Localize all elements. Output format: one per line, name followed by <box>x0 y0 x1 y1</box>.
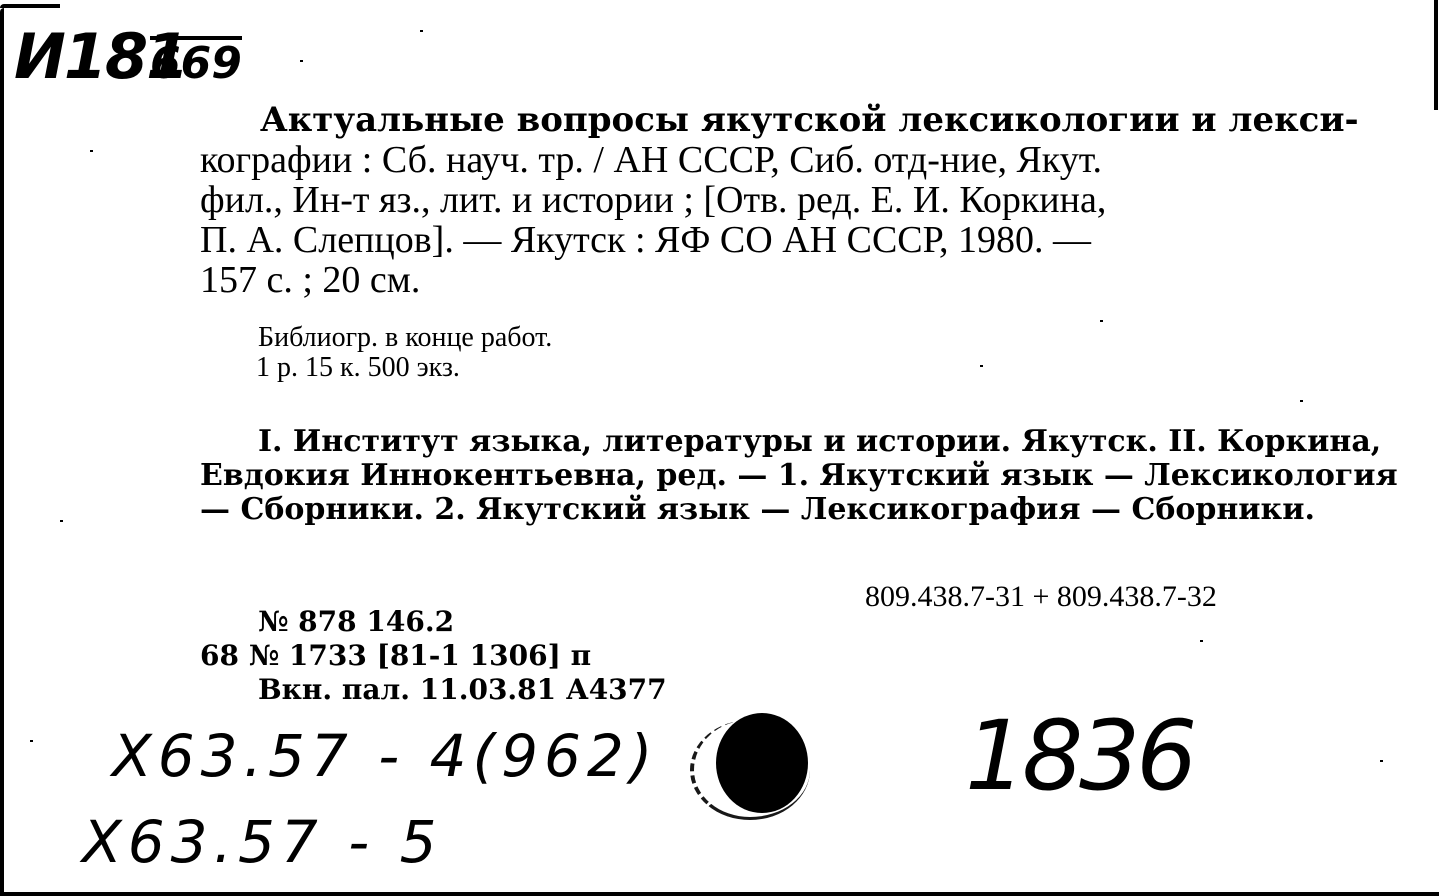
call-number-fraction: 669 <box>150 36 242 86</box>
title-line: кографии : Сб. науч. тр. / АН СССР, Сиб.… <box>200 140 1359 180</box>
card-border-bottom <box>0 892 1439 896</box>
record-line: 68 № 1733 [81-1 1306] п <box>200 639 667 673</box>
udc-classification: 809.438.7-31 + 809.438.7-32 <box>865 580 1217 614</box>
card-border-top <box>0 4 60 8</box>
scan-speck <box>1380 760 1383 762</box>
scan-speck <box>30 740 33 742</box>
title-line: фил., Ин-т яз., лит. и истории ; [Отв. р… <box>200 180 1359 220</box>
record-info: № 878 146.2 68 № 1733 [81-1 1306] п Вкн.… <box>200 605 667 707</box>
punch-hole <box>716 713 808 813</box>
scan-speck <box>1300 400 1303 402</box>
scan-speck <box>1200 640 1203 642</box>
card-border-right <box>1434 0 1438 110</box>
card-border-left <box>0 8 4 893</box>
scan-speck <box>980 365 983 367</box>
tracing-line: I. Институт языка, литературы и истории.… <box>258 425 1398 459</box>
handwritten-shelf-code: Х63.57 - 4(962) <box>112 722 658 790</box>
handwritten-inventory-number: 1836 <box>965 700 1193 812</box>
bibliography-note: Библиогр. в конце работ. <box>258 323 552 353</box>
title-line: П. А. Слепцов]. — Якутск : ЯФ СО АН СССР… <box>200 220 1359 260</box>
handwritten-shelf-code: Х63.57 - 5 <box>82 808 442 876</box>
title-line: 157 с. ; 20 см. <box>200 260 1359 300</box>
scan-speck <box>420 30 423 32</box>
title-line: Актуальные вопросы якутской лексикологии… <box>260 100 1359 140</box>
notes: Библиогр. в конце работ. 1 р. 15 к. 500 … <box>258 323 552 383</box>
scan-speck <box>90 150 93 152</box>
scan-speck <box>60 520 63 522</box>
tracing-line: — Сборники. 2. Якутский язык — Лексикогр… <box>200 493 1398 527</box>
scan-speck <box>300 60 303 62</box>
bibliographic-description: Актуальные вопросы якутской лексикологии… <box>200 100 1359 300</box>
tracings: I. Институт языка, литературы и истории.… <box>200 425 1398 527</box>
scan-speck <box>1100 320 1103 322</box>
record-line: Вкн. пал. 11.03.81 А4377 <box>258 673 667 707</box>
catalog-card: И181 669 Актуальные вопросы якутской лек… <box>0 0 1439 896</box>
price-copies-note: 1 р. 15 к. 500 экз. <box>256 353 552 383</box>
tracing-line: Евдокия Иннокентьевна, ред. — 1. Якутски… <box>200 459 1398 493</box>
record-line: № 878 146.2 <box>258 605 667 639</box>
